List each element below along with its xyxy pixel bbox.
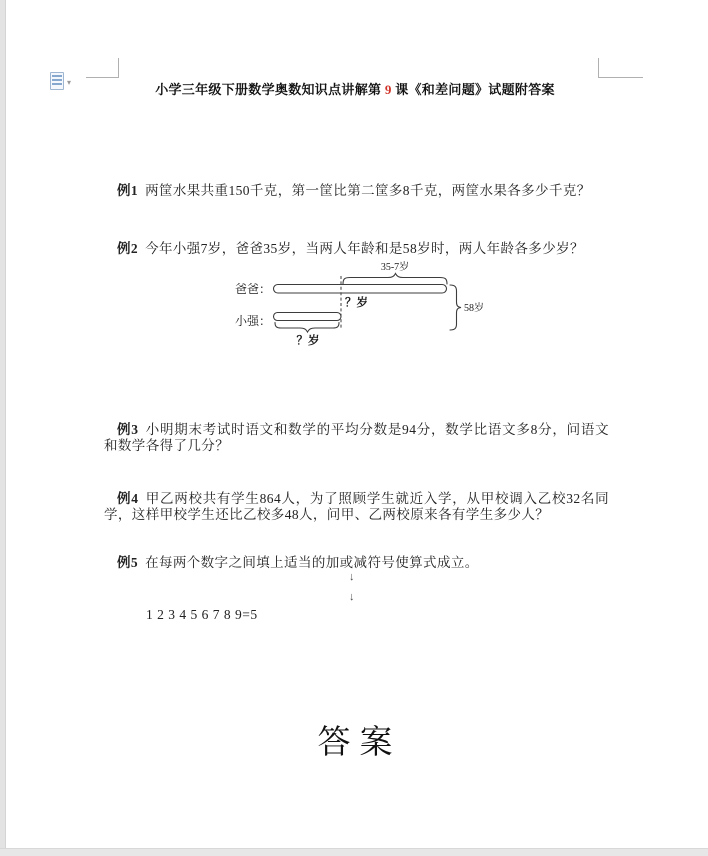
difference-label: 35-7岁 [381,260,409,273]
margin-crop-mark-top-right [598,77,643,78]
problem-4: 例4甲乙两校共有学生864人，为了照顾学生就近入学，从甲校调入乙校32名同学，这… [104,491,609,523]
down-arrow-icon: ↓ [349,572,355,583]
problem-3-label: 例3 [117,422,138,437]
paste-document-icon[interactable] [50,72,64,90]
age-bar-diagram: 爸爸： 小强： 35-7岁 ？岁 ？岁 58岁 [228,258,490,350]
father-question-label: ？岁 [345,295,368,309]
digit-expression: 1 2 3 4 5 6 7 8 9=5 [146,607,258,623]
page-title: 小学三年级下册数学奥数知识点讲解第 9 课《和差问题》试题附答案 [90,79,620,98]
problem-2-text: 今年小强7岁，爸爸35岁，当两人年龄和是58岁时，两人年龄各多少岁？ [145,241,584,256]
sum-label: 58岁 [464,301,484,314]
down-arrow-icon: ↓ [349,592,355,603]
problem-1: 例1两筐水果共重150千克，第一筐比第二筐多8千克，两筐水果各多少千克？ [104,183,609,199]
difference-brace [343,274,447,285]
title-lesson-number: 9 [385,82,392,97]
margin-crop-mark-top-right [598,58,599,78]
margin-crop-mark-top-left [86,77,119,78]
problem-5: 例5在每两个数字之间填上适当的加或减符号使算式成立。 [104,555,609,571]
margin-crop-mark-top-left [118,58,119,78]
title-text: 小学三年级下册数学奥数知识点讲解第 [155,82,385,97]
son-age-bar [274,313,342,321]
problem-3: 例3小明期末考试时语文和数学的平均分数是94分，数学比语文多8分，问语文和数学各… [104,422,609,454]
son-brace [275,323,339,333]
problem-1-label: 例1 [117,183,138,198]
problem-2-label: 例2 [117,241,138,256]
bottom-edge-gutter [0,848,708,856]
problem-5-text: 在每两个数字之间填上适当的加或减符号使算式成立。 [145,555,479,570]
paste-document-lines [52,75,62,87]
problem-3-text: 小明期末考试时语文和数学的平均分数是94分，数学比语文多8分，问语文和数学各得了… [104,422,609,453]
son-question-label: ？岁 [297,333,320,347]
sum-brace [450,285,461,330]
answers-heading: 答案 [90,716,620,763]
diagram-son-label: 小强： [235,314,271,328]
left-edge-gutter [0,0,6,856]
problem-4-text: 甲乙两校共有学生864人，为了照顾学生就近入学，从甲校调入乙校32名同学，这样甲… [104,491,609,522]
diagram-father-label: 爸爸： [235,282,271,296]
father-age-bar [274,285,447,294]
problem-1-text: 两筐水果共重150千克，第一筐比第二筐多8千克，两筐水果各多少千克？ [145,183,591,198]
problem-5-label: 例5 [117,555,138,570]
title-text: 课《和差问题》试题附答案 [392,82,555,97]
paste-options-button[interactable]: ▾ [50,72,71,90]
chevron-down-icon[interactable]: ▾ [67,79,71,87]
problem-2: 例2今年小强7岁，爸爸35岁，当两人年龄和是58岁时，两人年龄各多少岁？ [104,241,609,257]
problem-4-label: 例4 [117,491,138,506]
document-page: ▾ 小学三年级下册数学奥数知识点讲解第 9 课《和差问题》试题附答案 例1两筐水… [0,0,708,856]
